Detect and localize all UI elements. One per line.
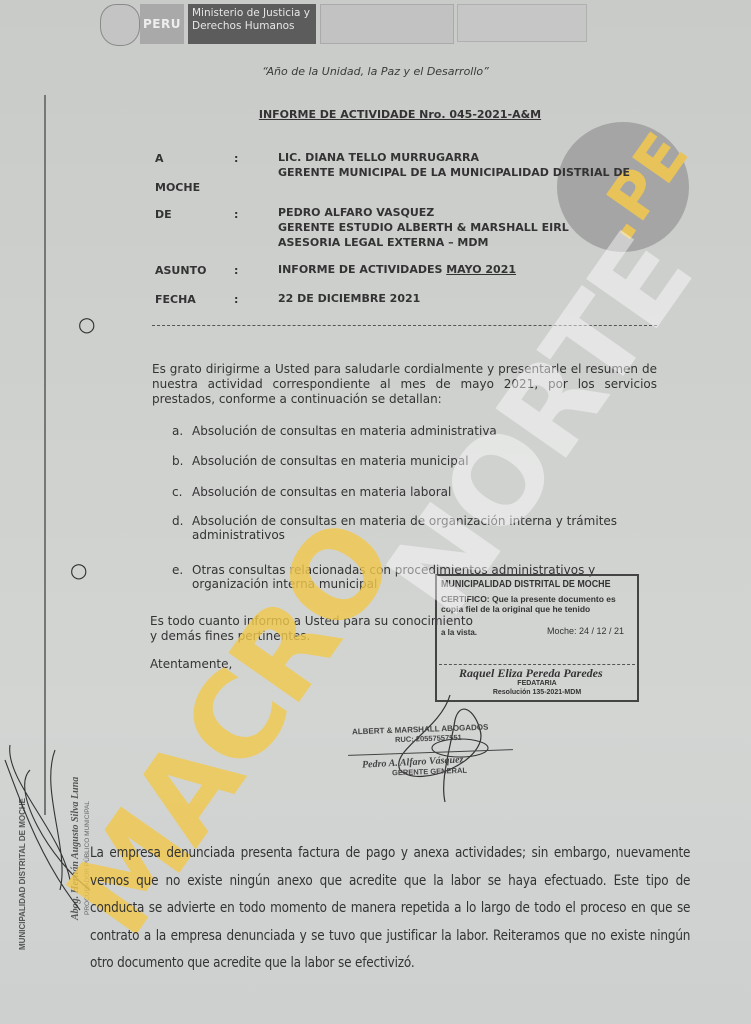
peru-logo: PERU	[140, 4, 184, 44]
stamp-place-date: Moche: 24 / 12 / 21	[547, 626, 624, 636]
from-label: DE	[155, 208, 172, 221]
commentary-paragraph: La empresa denunciada presenta factura d…	[90, 840, 690, 978]
subject-value: INFORME DE ACTIVIDADES MAYO 2021	[278, 262, 516, 277]
year-motto: “Año de la Unidad, la Paz y el Desarroll…	[0, 65, 751, 78]
to-label: A	[155, 152, 164, 165]
colon: :	[234, 293, 238, 306]
signature-scribble-icon	[380, 690, 520, 805]
colon: :	[234, 264, 238, 277]
sender-title: GERENTE ESTUDIO ALBERTH & MARSHALL EIRL	[278, 220, 569, 235]
recipient-title-cont: MOCHE	[155, 181, 200, 194]
date-value: 22 DE DICIEMBRE 2021	[278, 291, 420, 306]
from-value: PEDRO ALFARO VASQUEZ GERENTE ESTUDIO ALB…	[278, 205, 569, 250]
sender-org: ASESORIA LEGAL EXTERNA – MDM	[278, 235, 569, 250]
stamp-divider	[439, 664, 635, 665]
colon: :	[234, 152, 238, 165]
colon: :	[234, 208, 238, 221]
ministry-line-2: Derechos Humanos	[192, 20, 316, 33]
punch-hole-icon: ○	[70, 558, 87, 582]
ministry-logo: Ministerio de Justicia y Derechos Humano…	[188, 4, 316, 44]
subject-text: INFORME DE ACTIVIDADES	[278, 263, 446, 276]
recipient-name: LIC. DIANA TELLO MURRUGARRA	[278, 150, 630, 165]
header-blank-box	[457, 4, 587, 42]
stamp-role: FEDATARIA	[437, 680, 637, 687]
stamp-name: Raquel Eliza Pereda Paredes	[459, 666, 603, 681]
punch-hole-icon: ○	[78, 312, 95, 336]
recipient-title: GERENTE MUNICIPAL DE LA MUNICIPALIDAD DI…	[278, 165, 630, 180]
coat-of-arms-icon	[100, 4, 140, 46]
subject-month: MAYO 2021	[446, 263, 516, 276]
ministry-line-1: Ministerio de Justicia y	[192, 7, 316, 20]
margin-line	[44, 95, 46, 815]
to-value: LIC. DIANA TELLO MURRUGARRA GERENTE MUNI…	[278, 150, 630, 180]
sender-name: PEDRO ALFARO VASQUEZ	[278, 205, 569, 220]
subject-label: ASUNTO	[155, 264, 206, 277]
document-title: INFORME DE ACTIVIDADE Nro. 045-2021-A&M	[0, 108, 751, 121]
date-label: FECHA	[155, 293, 196, 306]
header-blank-box	[320, 4, 454, 44]
